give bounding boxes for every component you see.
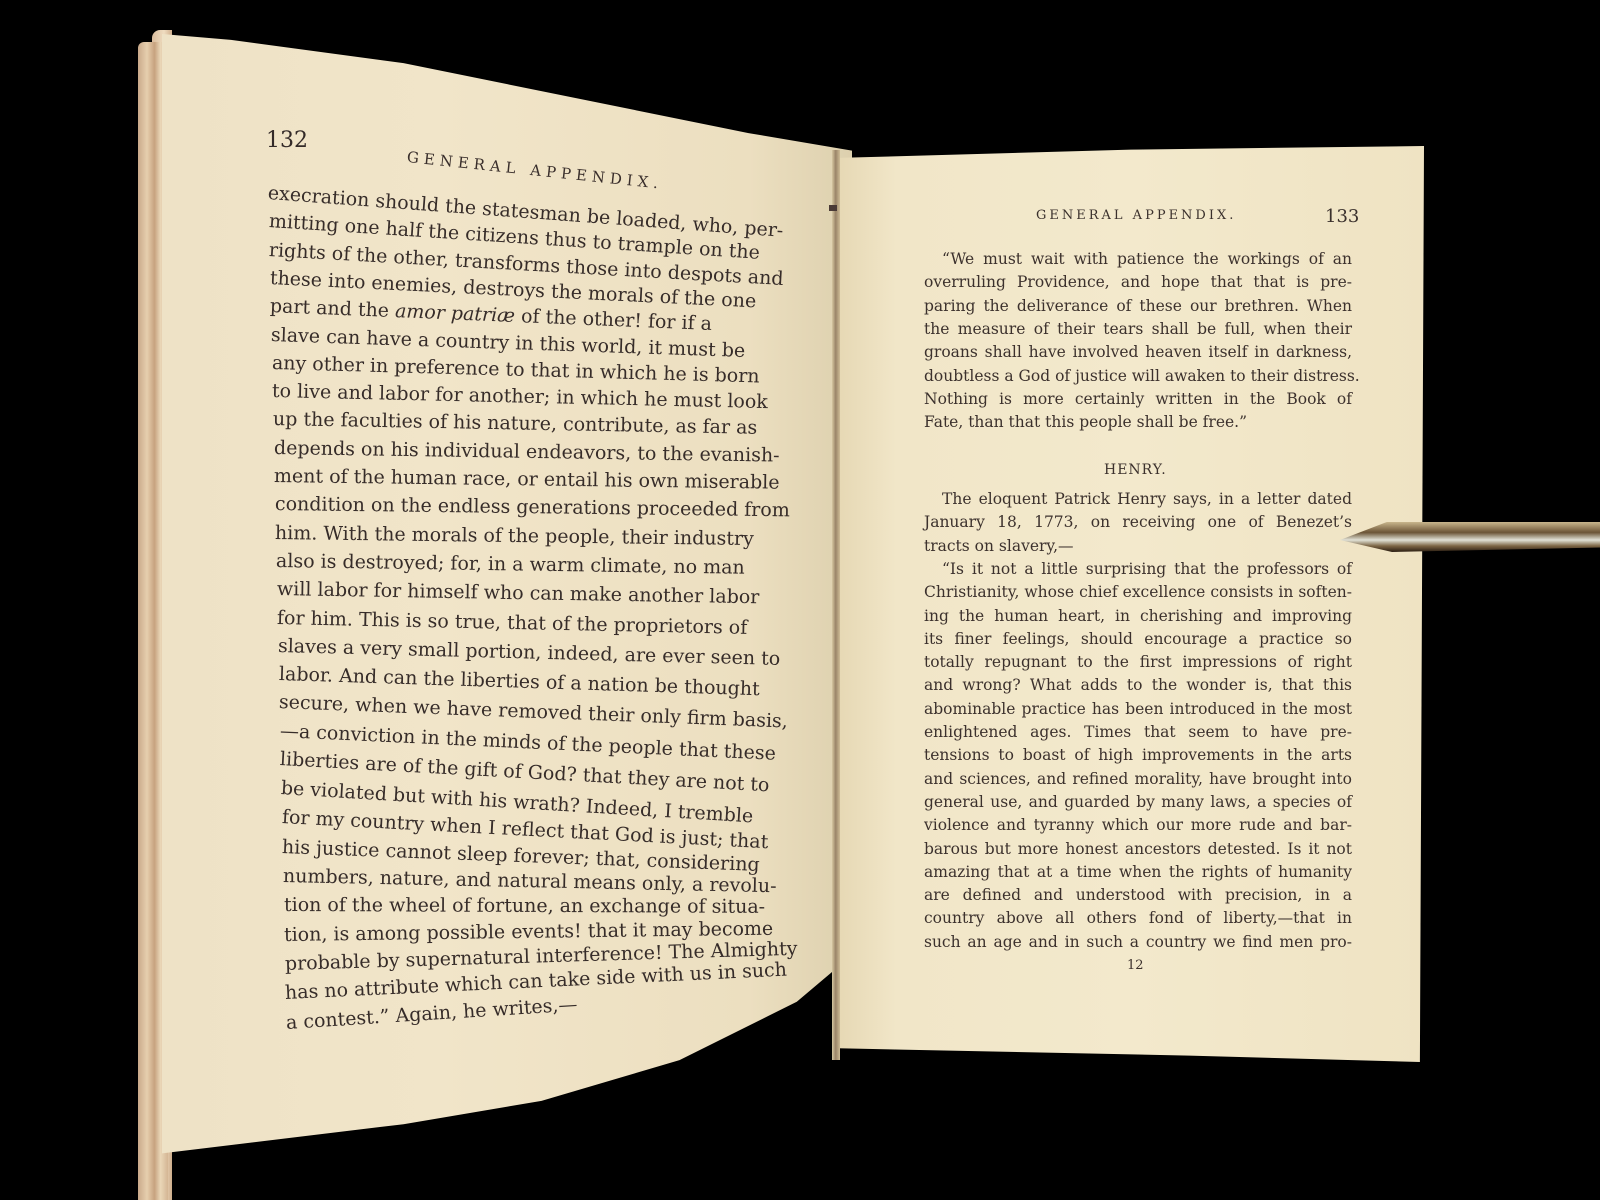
body-line: ing the human heart, in cherishing and i… [924, 607, 1352, 625]
body-line: “Is it not a little surprising that the … [924, 560, 1352, 578]
running-head-right: GENERAL APPENDIX. [1036, 208, 1236, 223]
binding-thread [829, 205, 837, 211]
body-line: January 18, 1773, on receiving one of Be… [924, 513, 1352, 531]
quote-line: Nothing is more certainly written in the… [924, 390, 1352, 408]
quote-line: paring the deliverance of these our bret… [924, 297, 1352, 315]
signature-mark: 12 [1127, 958, 1144, 973]
body-line: abominable practice has been introduced … [924, 700, 1352, 718]
body-line: enlightened ages. Times that seem to hav… [924, 723, 1352, 741]
open-book: 132 GENERAL APPENDIX. execration should … [0, 0, 1600, 1200]
book-gutter [832, 150, 840, 1060]
body-line: tracts on slavery,— [924, 537, 1352, 555]
body-line: and wrong? What adds to the wonder is, t… [924, 676, 1352, 694]
body-line: general use, and guarded by many laws, a… [924, 793, 1352, 811]
section-heading: HENRY. [1104, 462, 1167, 478]
quote-line: overruling Providence, and hope that tha… [924, 273, 1352, 291]
body-line: are defined and understood with precisio… [924, 886, 1352, 904]
quote-line: groans shall have involved heaven itself… [924, 343, 1352, 361]
body-line: violence and tyranny which our more rude… [924, 816, 1352, 834]
quote-line: doubtless a God of justice will awaken t… [924, 367, 1352, 385]
pen-pointer-icon [1340, 522, 1600, 552]
body-line: amazing that at a time when the rights o… [924, 863, 1352, 881]
quote-line: Fate, than that this people shall be fre… [924, 413, 1352, 431]
body-line: Christianity, whose chief excellence con… [924, 583, 1352, 601]
page-number-left: 132 [266, 128, 308, 153]
body-line: such an age and in such a country we fin… [924, 933, 1352, 951]
body-line: totally repugnant to the first impressio… [924, 653, 1352, 671]
body-line: its finer feelings, should encourage a p… [924, 630, 1352, 648]
body-line: country above all others fond of liberty… [924, 909, 1352, 927]
body-line: tensions to boast of high improvements i… [924, 746, 1352, 764]
body-line: and sciences, and refined morality, have… [924, 770, 1352, 788]
quote-line: “We must wait with patience the workings… [924, 250, 1352, 268]
body-line: barous but more honest ancestors deteste… [924, 840, 1352, 858]
page-number-right: 133 [1325, 206, 1359, 227]
quote-line: the measure of their tears shall be full… [924, 320, 1352, 338]
text-line: tion of the wheel of fortune, an exchang… [283, 894, 764, 918]
body-line: The eloquent Patrick Henry says, in a le… [924, 490, 1352, 508]
